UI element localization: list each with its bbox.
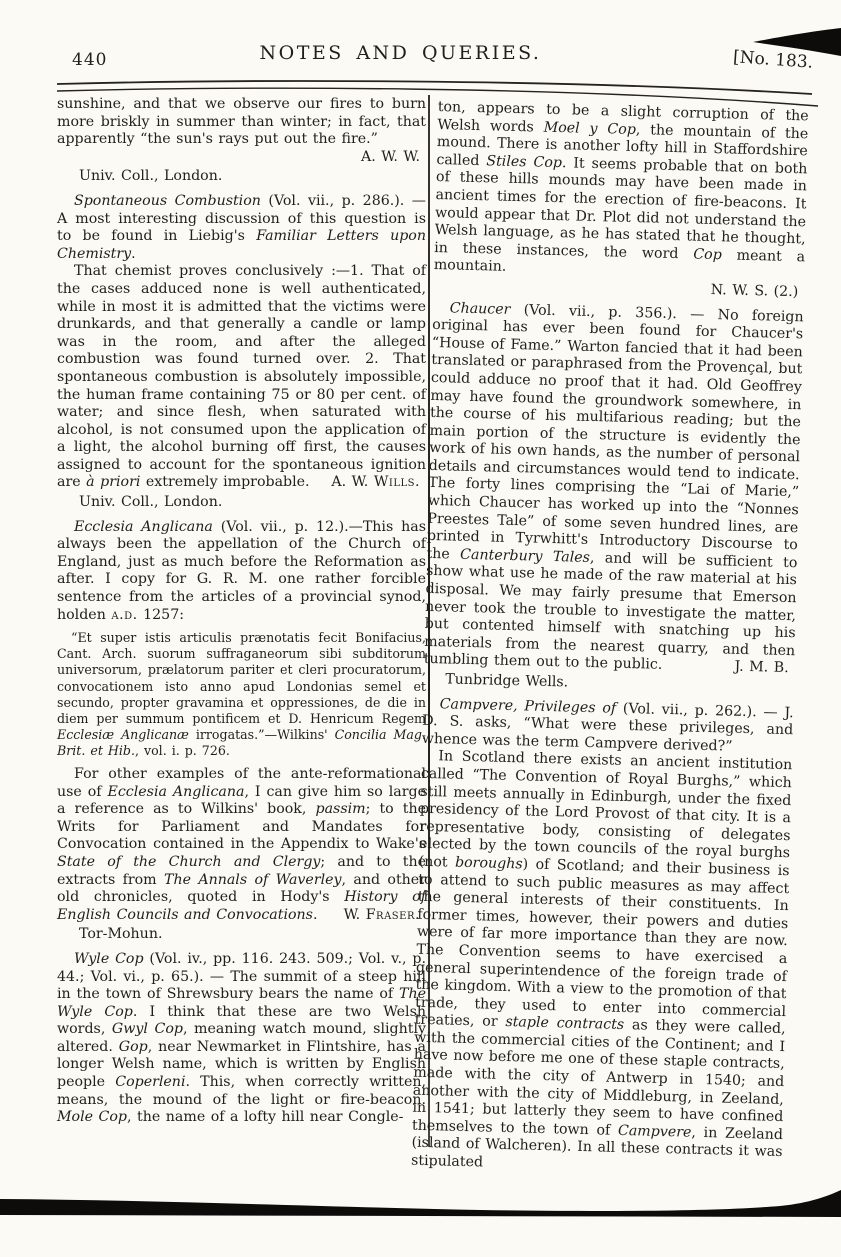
location-line: Univ. Coll., London. (57, 494, 426, 512)
header-rule-top (57, 81, 812, 94)
right-column: ton, appears to be a slight corruption o… (411, 99, 809, 1180)
paragraph: For other examples of the ante-reformati… (57, 766, 426, 924)
location-line: Tor-Mohun. (57, 926, 426, 944)
paragraph: Spontaneous Combustion (Vol. vii., p. 28… (57, 193, 426, 263)
location-line: Univ. Coll., London. (57, 168, 426, 186)
paragraph: Chaucer (Vol. vii., p. 356.). — No forei… (424, 299, 804, 678)
page-curl-shadow (753, 28, 841, 56)
paragraph: sunshine, and that we observe our fires … (57, 96, 426, 149)
signature: A. W. W. (57, 149, 426, 167)
scanned-page: 440 NOTES AND QUERIES. [No. 183. sunshin… (0, 0, 841, 1257)
paragraph: Campvere, Privileges of (Vol. vii., p. 2… (422, 695, 794, 757)
paragraph: That chemist proves conclusively :—1. Th… (57, 263, 426, 492)
paragraph: ton, appears to be a slight corruption o… (434, 99, 809, 284)
paragraph: Wyle Cop (Vol. iv., pp. 116. 243. 509.; … (57, 951, 426, 1127)
paragraph: In Scotland there exists an ancient inst… (411, 748, 793, 1180)
paragraph: Ecclesia Anglicana (Vol. vii., p. 12.).—… (57, 519, 426, 625)
left-column: sunshine, and that we observe our fires … (57, 96, 426, 1127)
scan-shadow-band (0, 1190, 841, 1217)
quoted-extract: “Et super istis articulis prænotatis fec… (57, 630, 426, 759)
